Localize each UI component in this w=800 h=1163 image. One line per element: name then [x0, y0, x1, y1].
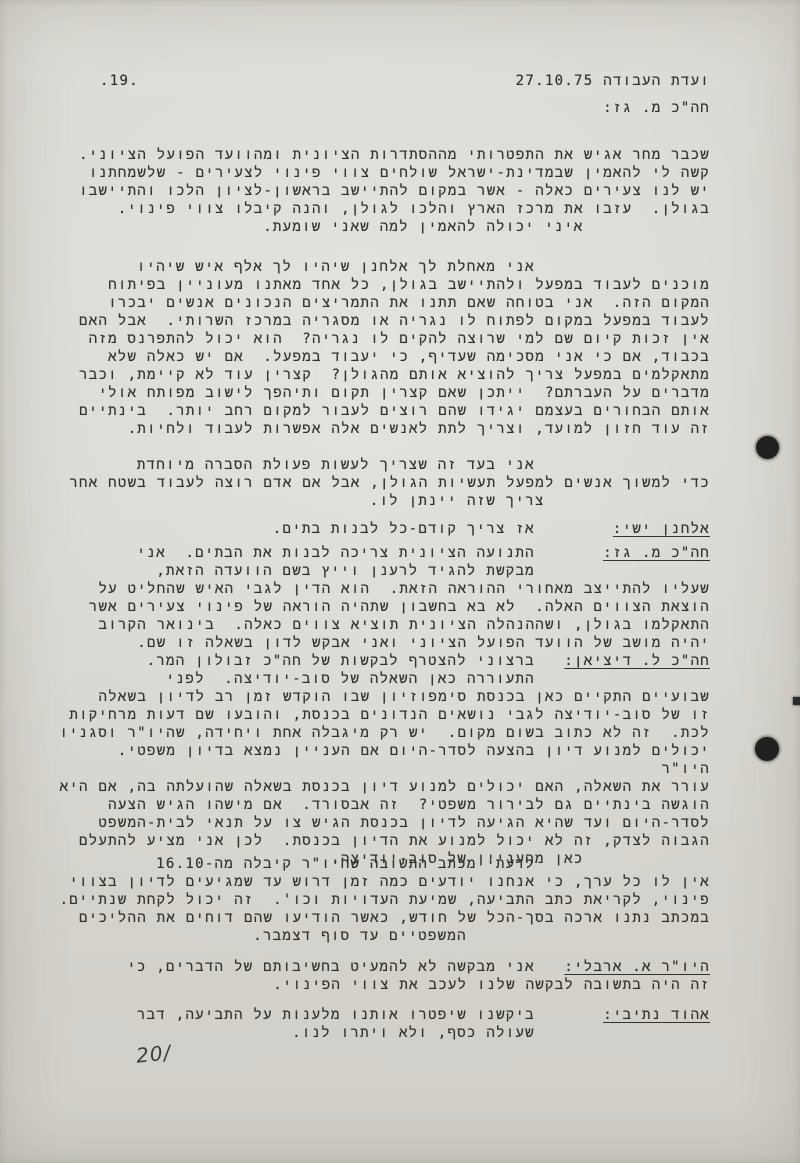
speaker-label-yishai: אלחנן ישי: — [613, 520, 710, 538]
committee-name-and-date: ועדת העבודה 27.10.75 — [516, 72, 710, 90]
speech-gez-paragraph-2: אני מאחלת לך אלחנן שיהיו לך אלף איש שיהי… — [55, 258, 710, 438]
handwritten-next-page-mark: 20/ — [135, 1040, 173, 1068]
scan-edge-speck — [793, 697, 800, 705]
speech-yishai-text: אז צריך קודם-כל לבנות בתים. — [55, 520, 710, 538]
speech-block-netivi: אהוד נתיבי: ביקשנו שיפטרו אותנו מלענות ע… — [55, 1006, 710, 1042]
speaker-label-dycian: חה"כ ל. דיציאן: — [564, 652, 710, 670]
speech-gez-paragraph-3: אני בעד זה שצריך לעשות פעולת הסברה מיוחד… — [55, 456, 710, 510]
speech-gez-paragraph-1: שכבר מחר אגיש את התפטרותי מההסתדרות הציו… — [55, 146, 710, 236]
speech-block-arbeli: היו"ר א. ארבלי: אני מבקשה לא להמעיט בחשי… — [55, 958, 710, 994]
speaker-label-arbeli: היו"ר א. ארבלי: — [564, 958, 710, 976]
speech-dycian-text: ברצוני להצטרף לבקשות של חה"כ זבולון המר.… — [55, 652, 710, 868]
page-number: .19. — [100, 72, 139, 90]
speaker-label-gez-2: חה"כ מ. גז: — [603, 544, 710, 562]
punch-hole-top — [756, 436, 779, 459]
speech-block-yishai: אלחנן ישי: אז צריך קודם-כל לבנות בתים. — [55, 520, 710, 538]
punch-hole-bottom — [755, 737, 779, 761]
speaker-label-netivi: אהוד נתיבי: — [603, 1006, 710, 1024]
speech-dycian-paragraph-2: לדעתי מכתב התשובה שהיו"ר קיבלה מה-16.10 … — [55, 855, 710, 945]
speaker-label-gez: חה"כ מ. גז: — [603, 99, 710, 117]
speech-block-dycian: חה"כ ל. דיציאן: ברצוני להצטרף לבקשות של … — [55, 652, 710, 868]
speech-block-gez-2: חה"כ מ. גז: התנועה הציונית צריכה לבנות א… — [55, 544, 710, 652]
scanned-protocol-page: ועדת העבודה 27.10.75 .19. חה"כ מ. גז: שכ… — [0, 0, 800, 1163]
